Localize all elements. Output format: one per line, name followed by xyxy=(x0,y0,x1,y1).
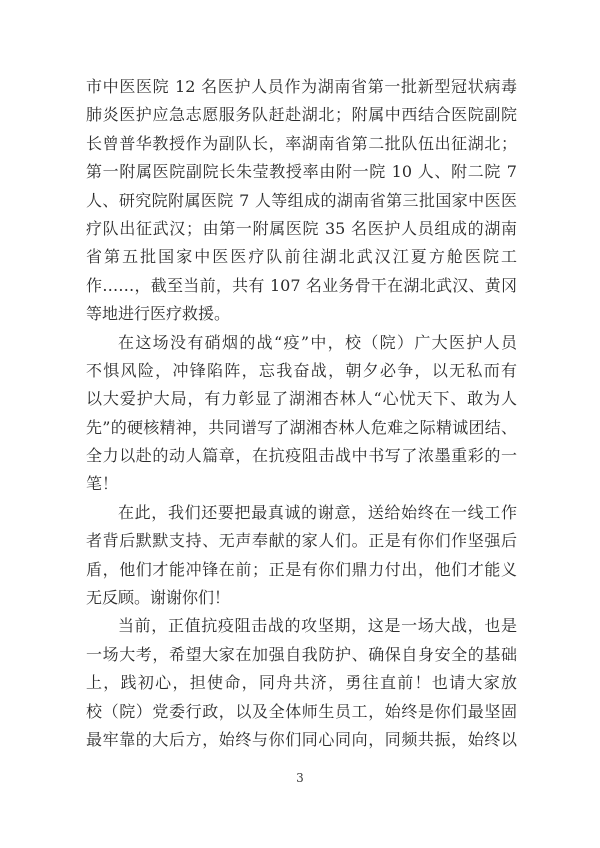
text-line: 笔！ xyxy=(86,470,517,498)
text-line: 不惧风险，冲锋陷阵，忘我奋战，朝夕必争，以无私而有为， xyxy=(86,357,517,385)
paragraph: 在这场没有硝烟的战“疫”中，校（院）广大医护人员 不惧风险，冲锋陷阵，忘我奋战，… xyxy=(86,329,517,499)
paragraph: 在此，我们还要把最真诚的谢意，送给始终在一线工作 者背后默默支持、无声奉献的家人… xyxy=(86,499,517,613)
text-line: 在此，我们还要把最真诚的谢意，送给始终在一线工作 xyxy=(86,499,517,527)
paragraph: 当前，正值抗疫阻击战的攻坚期，这是一场大战，也是 一场大考，希望大家在加强自我防… xyxy=(86,612,517,754)
text-line: 全力以赴的动人篇章，在抗疫阻击战中书写了浓墨重彩的一 xyxy=(86,442,517,470)
text-line: 校（院）党委行政，以及全体师生员工，始终是你们最坚固 xyxy=(86,698,517,726)
text-line: 人、研究院附属医院 7 人等组成的湖南省第三批国家中医医 xyxy=(86,187,517,215)
text-line: 疗队出征武汉；由第一附属医院 35 名医护人员组成的湖南 xyxy=(86,215,517,243)
text-line: 最牢靠的大后方，始终与你们同心同向，同频共振，始终以 xyxy=(86,726,517,754)
text-line: 作……，截至当前，共有 107 名业务骨干在湖北武汉、黄冈 xyxy=(86,272,517,300)
text-line: 上，践初心，担使命，同舟共济，勇往直前！也请大家放心， xyxy=(86,669,517,697)
text-line: 当前，正值抗疫阻击战的攻坚期，这是一场大战，也是 xyxy=(86,612,517,640)
page-number: 3 xyxy=(0,771,600,785)
text-line: 无反顾。谢谢你们！ xyxy=(86,584,517,612)
text-line: 者背后默默支持、无声奉献的家人们。正是有你们作坚强后 xyxy=(86,527,517,555)
text-line: 市中医医院 12 名医护人员作为湖南省第一批新型冠状病毒 xyxy=(86,73,517,101)
text-line: 长曾普华教授作为副队长，率湖南省第二批队伍出征湖北； xyxy=(86,130,517,158)
text-line: 以大爱护大局，有力彰显了湖湘杏林人“心忧天下、敢为人 xyxy=(86,385,517,413)
paragraph: 市中医医院 12 名医护人员作为湖南省第一批新型冠状病毒 肺炎医护应急志愿服务队… xyxy=(86,73,517,329)
text-line: 第一附属医院副院长朱莹教授率由附一院 10 人、附二院 7 xyxy=(86,158,517,186)
text-line: 等地进行医疗救援。 xyxy=(86,300,517,328)
text-line: 盾，他们才能冲锋在前；正是有你们鼎力付出，他们才能义 xyxy=(86,556,517,584)
text-line: 省第五批国家中医医疗队前往湖北武汉江夏方舱医院工 xyxy=(86,243,517,271)
text-line: 在这场没有硝烟的战“疫”中，校（院）广大医护人员 xyxy=(86,329,517,357)
text-line: 先”的硬核精神，共同谱写了湖湘杏林人危难之际精诚团结、 xyxy=(86,414,517,442)
document-page: 市中医医院 12 名医护人员作为湖南省第一批新型冠状病毒 肺炎医护应急志愿服务队… xyxy=(0,0,600,848)
text-line: 一场大考，希望大家在加强自我防护、确保自身安全的基础 xyxy=(86,641,517,669)
document-body: 市中医医院 12 名医护人员作为湖南省第一批新型冠状病毒 肺炎医护应急志愿服务队… xyxy=(86,73,517,754)
text-line: 肺炎医护应急志愿服务队赶赴湖北；附属中西结合医院副院 xyxy=(86,101,517,129)
